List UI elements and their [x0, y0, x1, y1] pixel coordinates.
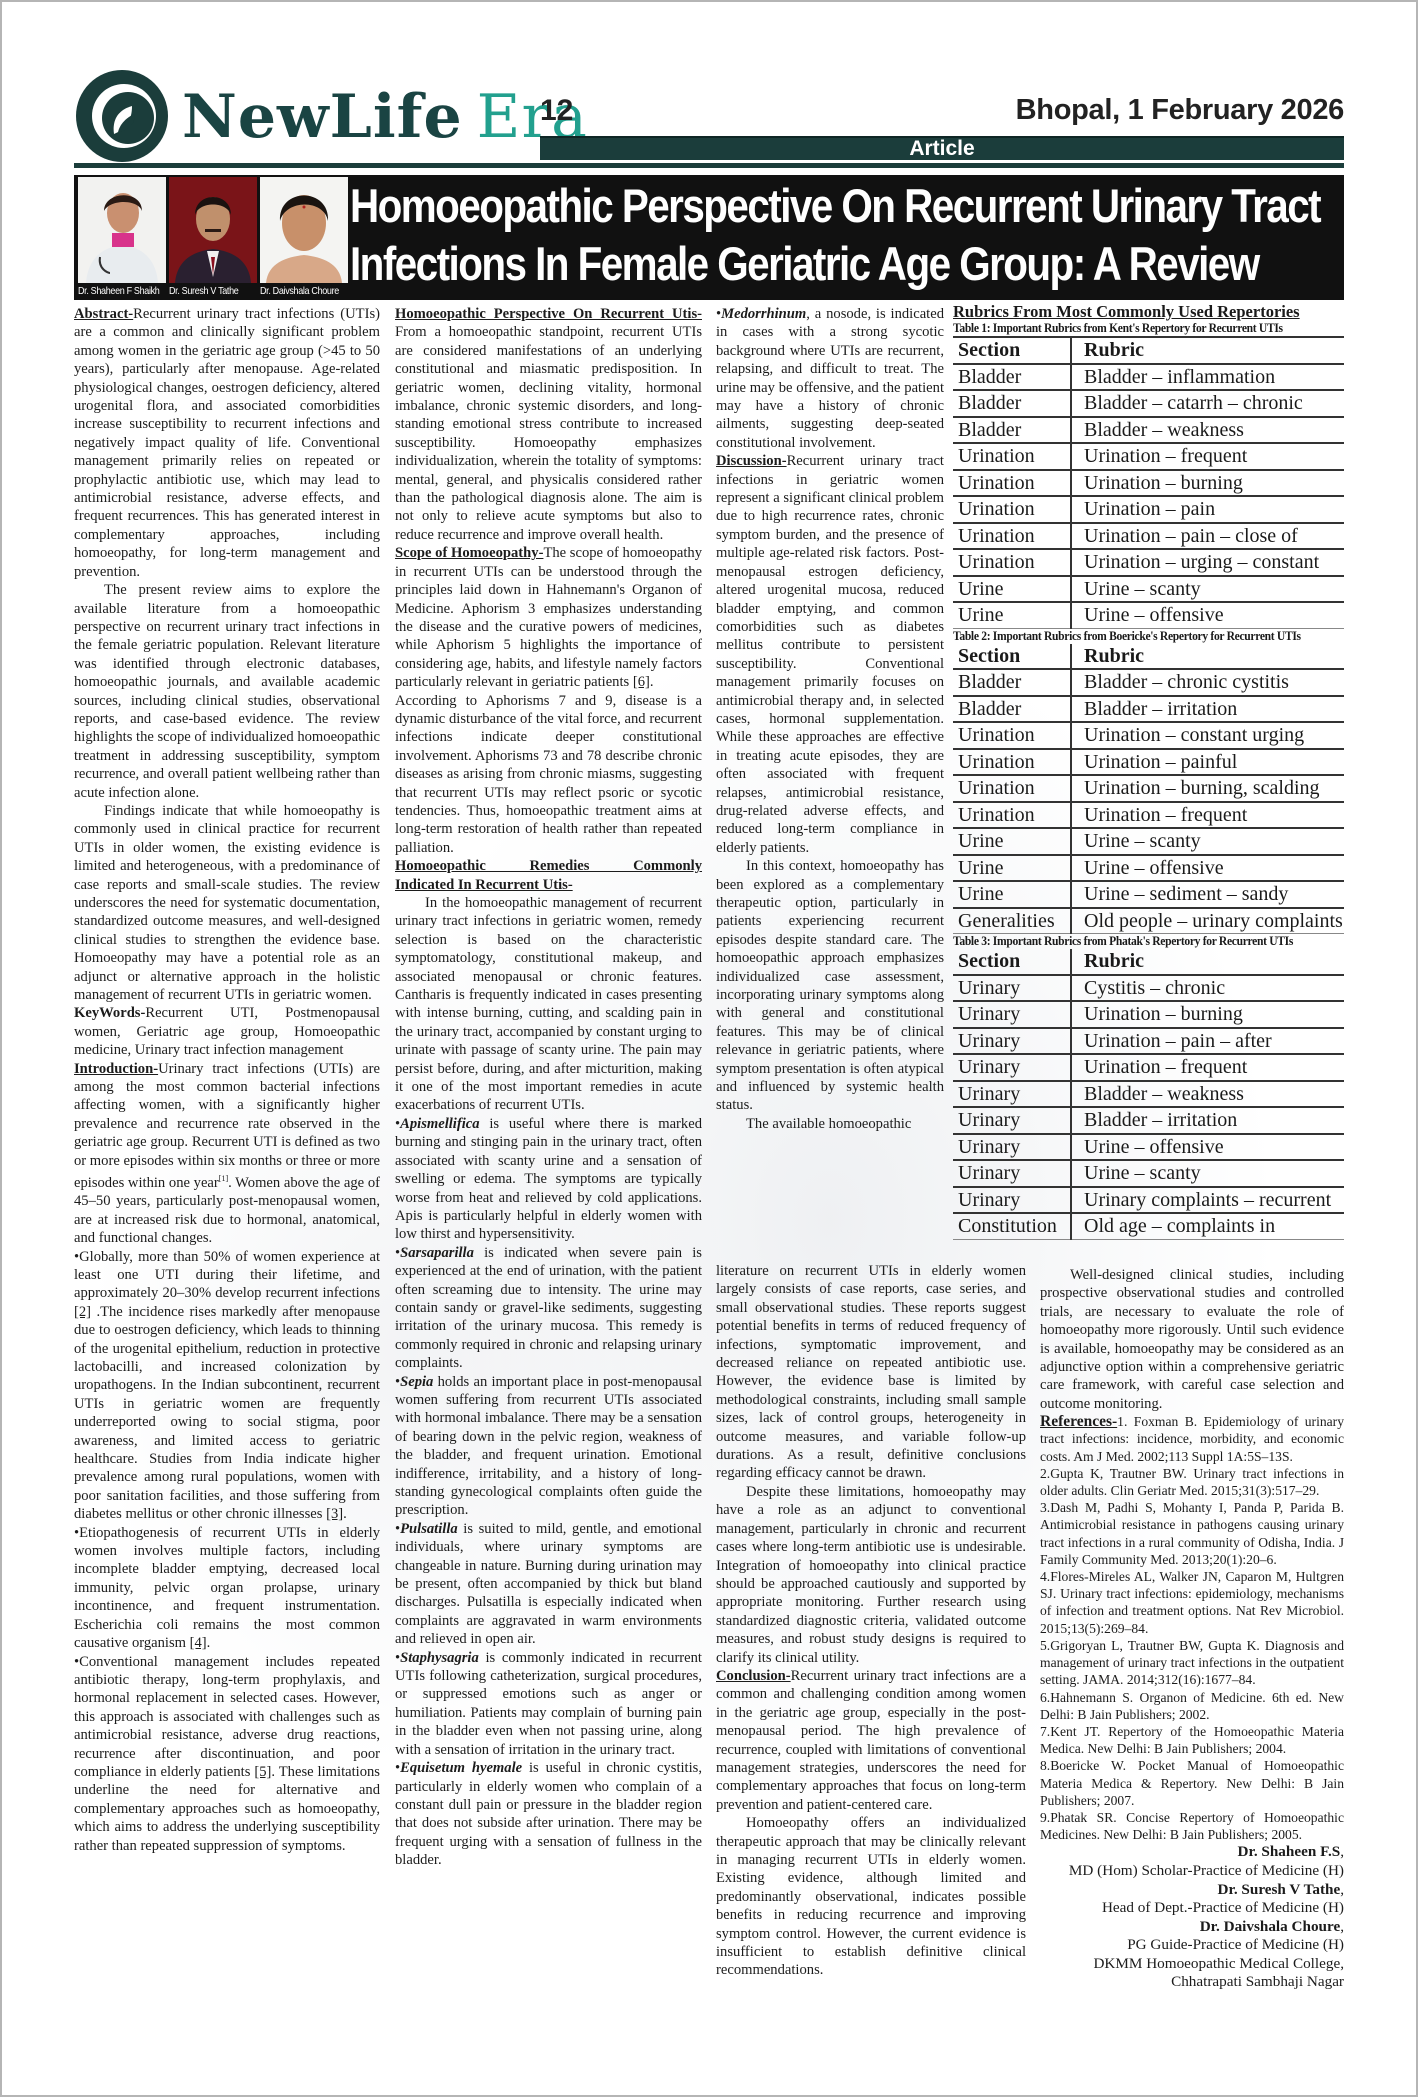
perspective-text: From a homoeopathic standpoint, recurren… — [395, 324, 702, 542]
section-cell: Urinary — [953, 1028, 1071, 1055]
section-cell: Urination — [953, 722, 1071, 749]
section-cell: Bladder — [953, 669, 1071, 696]
remedy-text: holds an important place in post-menopau… — [395, 1374, 702, 1519]
dateline: Bhopal, 1 February 2026 — [1016, 94, 1344, 127]
column-header: Rubric — [1071, 644, 1344, 670]
section-cell: Bladder — [953, 417, 1071, 444]
table-row: UrinationUrination – painful — [953, 749, 1344, 776]
introduction-heading: Introduction- — [74, 1061, 158, 1077]
rubric-cell: Urination – burning, scalding — [1071, 775, 1344, 802]
column-header: Rubric — [1071, 949, 1344, 975]
section-cell: Urine — [953, 576, 1071, 603]
table-row: UrinaryUrination – pain – after — [953, 1028, 1344, 1055]
reference-item: 3.Dash M, Padhi S, Mohanty I, Panda P, P… — [1040, 1499, 1344, 1568]
citation-1[interactable]: [1] — [219, 1174, 228, 1183]
section-cell: Urine — [953, 881, 1071, 908]
remedy-name: Equisetum hyemale — [400, 1760, 522, 1776]
rubric-cell: Urination – frequent — [1071, 802, 1344, 829]
section-cell: Generalities — [953, 908, 1071, 934]
rubric-cell: Urine – offensive — [1071, 1134, 1344, 1161]
reference-item: 6.Hahnemann S. Organon of Medicine. 6th … — [1040, 1689, 1344, 1723]
discussion-paragraph-4: Despite these limitations, homoeopathy m… — [716, 1483, 1026, 1667]
author-3: Dr. Daivshala Choure, — [1040, 1918, 1344, 1937]
rubric-cell: Urine – scanty — [1071, 1160, 1344, 1187]
citation-2[interactable]: [2] — [74, 1304, 91, 1320]
column-2: Homoeopathic Perspective On Recurrent Ut… — [395, 305, 702, 1870]
author-role: PG Guide-Practice of Medicine (H) — [1040, 1936, 1344, 1955]
section-label: Article — [540, 136, 1344, 160]
brand-logo: NewLifeEra — [182, 82, 588, 152]
remedies-heading-2: Indicated In Recurrent Utis- — [395, 876, 702, 894]
section-cell: Urination — [953, 549, 1071, 576]
author-name: Dr. Daivshala Choure — [1200, 1918, 1341, 1935]
table-2-caption: Table 2: Important Rubrics from Boericke… — [953, 629, 1313, 644]
table-row: UrinaryUrinary complaints – recurrent — [953, 1187, 1344, 1214]
rubric-cell: Urine – offensive — [1071, 602, 1344, 628]
remedies-intro: In the homoeopathic management of recurr… — [395, 894, 702, 1115]
author-photo-1 — [78, 177, 166, 283]
author-role: MD (Hom) Scholar-Practice of Medicine (H… — [1040, 1862, 1344, 1881]
reference-item: 2.Gupta K, Trautner BW. Urinary tract in… — [1040, 1465, 1344, 1499]
author-1: Dr. Shaheen F.S, — [1040, 1843, 1344, 1862]
intro-bullet-2: •Etiopathogenesis of recurrent UTIs in e… — [74, 1524, 380, 1653]
remedy-pulsatilla: •Pulsatilla is suited to mild, gentle, a… — [395, 1520, 702, 1649]
introduction-text: Urinary tract infections (UTIs) are amon… — [74, 1061, 380, 1191]
column-1: Abstract-Recurrent urinary tract infecti… — [74, 305, 380, 1855]
discussion-paragraph-3-start: The available homoeopathic — [716, 1115, 944, 1133]
section-cell: Urination — [953, 775, 1071, 802]
abstract-paragraph: Abstract-Recurrent urinary tract infecti… — [74, 305, 380, 581]
introduction-paragraph: Introduction-Urinary tract infections (U… — [74, 1060, 380, 1248]
column-header: Section — [953, 949, 1071, 975]
scope-paragraph-2: According to Aphorisms 7 and 9, disease … — [395, 692, 702, 858]
reference-item: References-1. Foxman B. Epidemiology of … — [1040, 1413, 1344, 1465]
reference-item: 7.Kent JT. Repertory of the Homoeopathic… — [1040, 1723, 1344, 1757]
section-cell: Urinary — [953, 1081, 1071, 1108]
section-cell: Urinary — [953, 1160, 1071, 1187]
rubric-cell: Urine – scanty — [1071, 828, 1344, 855]
intro-bullet-1: •Globally, more than 50% of women experi… — [74, 1248, 380, 1524]
discussion-heading: Discussion- — [716, 453, 787, 469]
perspective-heading: Homoeopathic Perspective On Recurrent Ut… — [395, 306, 702, 322]
rubric-cell: Cystitis – chronic — [1071, 975, 1344, 1002]
citation-6[interactable]: [6] — [633, 674, 650, 690]
perspective-paragraph: Homoeopathic Perspective On Recurrent Ut… — [395, 305, 702, 544]
conclusion-paragraph-3: Well-designed clinical studies, includin… — [1040, 1266, 1344, 1413]
remedies-heading: Homoeopathic Remedies Commonly — [395, 857, 702, 875]
headline-line-1: Homoeopathic Perspective On Recurrent Ur… — [350, 177, 1205, 235]
phatak-rubric-table: SectionRubric UrinaryCystitis – chronic … — [953, 949, 1344, 1240]
table-row: UrinaryUrine – offensive — [953, 1134, 1344, 1161]
bullet-text: •Etiopathogenesis of recurrent UTIs in e… — [74, 1525, 380, 1651]
author-signatures: Dr. Shaheen F.S, MD (Hom) Scholar-Practi… — [1040, 1843, 1344, 1992]
rubric-cell: Urine – offensive — [1071, 855, 1344, 882]
table-row: GeneralitiesOld people – urinary complai… — [953, 908, 1344, 934]
scope-text: The scope of homoeopathy in recurrent UT… — [395, 545, 702, 690]
conclusion-text: Recurrent urinary tract infections are a… — [716, 1668, 1026, 1813]
rubric-cell: Urination – burning — [1071, 1001, 1344, 1028]
remedy-text: is indicated when severe pain is experie… — [395, 1245, 702, 1371]
remedy-equisetum: •Equisetum hyemale is useful in chronic … — [395, 1759, 702, 1869]
table-row: UrinaryBladder – irritation — [953, 1107, 1344, 1134]
author-photo-2 — [169, 177, 257, 283]
intro-bullet-3: •Conventional management includes repeat… — [74, 1653, 380, 1855]
author-caption-3: Dr. Daivshala Choure — [260, 285, 339, 297]
page-number: 12 — [540, 94, 573, 128]
keywords: KeyWords-Recurrent UTI, Postmenopausal w… — [74, 1004, 380, 1059]
section-cell: Urinary — [953, 975, 1071, 1002]
discussion-paragraph: Discussion-Recurrent urinary tract infec… — [716, 452, 944, 857]
table-row: UrinationUrination – burning — [953, 470, 1344, 497]
column-3-lower: literature on recurrent UTIs in elderly … — [716, 1262, 1026, 1980]
table-row: UrineUrine – scanty — [953, 576, 1344, 603]
table-row: UrinationUrination – pain – close of — [953, 523, 1344, 550]
institution: DKMM Homoeopathic Medical College, — [1040, 1955, 1344, 1974]
masthead-rule — [74, 163, 1344, 168]
table-row: BladderBladder – weakness — [953, 417, 1344, 444]
rubric-cell: Urinary complaints – recurrent — [1071, 1187, 1344, 1214]
headline-banner: Dr. Shaheen F Shaikh Dr. Suresh V Tathe … — [74, 175, 1344, 300]
article-headline: Homoeopathic Perspective On Recurrent Ur… — [350, 177, 1205, 293]
author-photo-3 — [260, 177, 348, 283]
section-cell: Urinary — [953, 1107, 1071, 1134]
remedy-text: , a nosode, is indicated in cases with a… — [716, 306, 944, 451]
section-cell: Constitution — [953, 1213, 1071, 1239]
section-cell: Urinary — [953, 1134, 1071, 1161]
remedy-text: is suited to mild, gentle, and emotional… — [395, 1521, 702, 1647]
table-row: UrineUrine – offensive — [953, 855, 1344, 882]
reference-item: 5.Grigoryan L, Trautner BW, Gupta K. Dia… — [1040, 1637, 1344, 1689]
rubric-cell: Bladder – weakness — [1071, 417, 1344, 444]
scope-text-end: . — [650, 674, 654, 690]
rubrics-title: Rubrics From Most Commonly Used Repertor… — [953, 303, 1344, 321]
table-row: UrineUrine – sediment – sandy — [953, 881, 1344, 908]
remedy-name: Medorrhinum — [721, 306, 806, 322]
conclusion-paragraph-2: Homoeopathy offers an individualized the… — [716, 1814, 1026, 1980]
references: References-1. Foxman B. Epidemiology of … — [1040, 1413, 1344, 1843]
remedy-sepia: •Sepia holds an important place in post-… — [395, 1373, 702, 1520]
table-row: UrinaryUrination – frequent — [953, 1054, 1344, 1081]
column-header: Section — [953, 644, 1071, 670]
table-row: UrinaryUrine – scanty — [953, 1160, 1344, 1187]
bullet-text: •Globally, more than 50% of women experi… — [74, 1249, 380, 1302]
bullet-text: . — [343, 1506, 347, 1522]
section-cell: Urinary — [953, 1187, 1071, 1214]
section-cell: Urination — [953, 443, 1071, 470]
table-row: UrinationUrination – frequent — [953, 443, 1344, 470]
boericke-rubric-table: SectionRubric BladderBladder – chronic c… — [953, 644, 1344, 935]
section-cell: Urination — [953, 496, 1071, 523]
brand-name-newlife: NewLife — [182, 82, 463, 152]
rubric-cell: Urine – scanty — [1071, 576, 1344, 603]
author-portrait-icon — [260, 177, 348, 283]
author-name: Dr. Shaheen F.S — [1238, 1843, 1341, 1860]
keywords-heading: KeyWords- — [74, 1005, 145, 1021]
abstract-text: Recurrent urinary tract infections (UTIs… — [74, 306, 380, 580]
abstract-heading: Abstract- — [74, 306, 133, 322]
remedy-name: Sepia — [400, 1374, 433, 1390]
author-portrait-icon — [169, 177, 257, 283]
table-row: UrinaryUrination – burning — [953, 1001, 1344, 1028]
table-row: UrinationUrination – urging – constant — [953, 549, 1344, 576]
citation-3[interactable]: [3] — [326, 1506, 343, 1522]
bullet-text: •Conventional management includes repeat… — [74, 1654, 380, 1780]
rubric-cell: Urination – pain – after — [1071, 1028, 1344, 1055]
author-portrait-icon — [78, 177, 166, 283]
reference-item: 8.Boericke W. Pocket Manual of Homoeopat… — [1040, 1757, 1344, 1809]
remedy-name: Apismellifica — [400, 1116, 479, 1132]
bullet-text: .The incidence rises markedly after meno… — [74, 1304, 380, 1522]
citation-4[interactable]: [4] — [190, 1635, 207, 1651]
remedy-name: Sarsaparilla — [400, 1245, 474, 1261]
newlife-era-logo-icon — [74, 68, 170, 164]
discussion-paragraph-2: In this context, homoeopathy has been ex… — [716, 857, 944, 1115]
column-header: Section — [953, 337, 1071, 364]
citation-5[interactable]: [5] — [254, 1764, 271, 1780]
author-caption-2: Dr. Suresh V Tathe — [169, 285, 238, 297]
section-cell: Urinary — [953, 1001, 1071, 1028]
remedy-staphysagria: •Staphysagria is commonly indicated in r… — [395, 1649, 702, 1759]
author-caption-1: Dr. Shaheen F Shaikh — [78, 285, 159, 297]
abstract-paragraph-3: Findings indicate that while homoeopathy… — [74, 802, 380, 1004]
section-cell: Urination — [953, 802, 1071, 829]
rubric-cell: Urination – constant urging — [1071, 722, 1344, 749]
discussion-paragraph-3: literature on recurrent UTIs in elderly … — [716, 1262, 1026, 1483]
remedy-sarsaparilla: •Sarsaparilla is indicated when severe p… — [395, 1244, 702, 1373]
rubric-cell: Old people – urinary complaints — [1071, 908, 1344, 934]
table-row: UrinationUrination – burning, scalding — [953, 775, 1344, 802]
table-row: BladderBladder – catarrh – chronic — [953, 390, 1344, 417]
section-cell: Urine — [953, 828, 1071, 855]
section-cell: Urinary — [953, 1054, 1071, 1081]
rubric-cell: Bladder – catarrh – chronic — [1071, 390, 1344, 417]
section-cell: Urination — [953, 523, 1071, 550]
section-cell: Urine — [953, 602, 1071, 628]
rubric-cell: Urination – burning — [1071, 470, 1344, 497]
rubric-cell: Old age – complaints in — [1071, 1213, 1344, 1239]
conclusion-paragraph: Conclusion-Recurrent urinary tract infec… — [716, 1667, 1026, 1814]
rubric-cell: Urination – frequent — [1071, 1054, 1344, 1081]
institution-city: Chhatrapati Sambhaji Nagar — [1040, 1973, 1344, 1992]
section-cell: Urination — [953, 749, 1071, 776]
section-cell: Urine — [953, 855, 1071, 882]
scope-paragraph: Scope of Homoeopathy-The scope of homoeo… — [395, 544, 702, 691]
rubric-tables: Rubrics From Most Commonly Used Repertor… — [953, 303, 1344, 1240]
section-cell: Urination — [953, 470, 1071, 497]
discussion-text: Recurrent urinary tract infections in ge… — [716, 453, 944, 856]
rubric-cell: Bladder – inflammation — [1071, 364, 1344, 391]
headline-line-2: Infections In Female Geriatric Age Group… — [350, 235, 1205, 293]
rubric-cell: Bladder – irritation — [1071, 1107, 1344, 1134]
column-header: Rubric — [1071, 337, 1344, 364]
remedy-apis: •Apismellifica is useful where there is … — [395, 1115, 702, 1244]
scope-heading: Scope of Homoeopathy- — [395, 545, 543, 561]
table-row: BladderBladder – chronic cystitis — [953, 669, 1344, 696]
column-4-lower: Well-designed clinical studies, includin… — [1040, 1266, 1344, 1992]
conclusion-heading: Conclusion- — [716, 1668, 791, 1684]
author-role: Head of Dept.-Practice of Medicine (H) — [1040, 1899, 1344, 1918]
rubric-cell: Urination – frequent — [1071, 443, 1344, 470]
rubric-cell: Urine – sediment – sandy — [1071, 881, 1344, 908]
remedy-medorrhinum: •Medorrhinum, a nosode, is indicated in … — [716, 305, 944, 452]
table-row: UrinationUrination – frequent — [953, 802, 1344, 829]
kent-rubric-table: SectionRubric BladderBladder – inflammat… — [953, 336, 1344, 629]
section-cell: Bladder — [953, 364, 1071, 391]
rubric-cell: Bladder – irritation — [1071, 696, 1344, 723]
table-row: UrineUrine – offensive — [953, 602, 1344, 628]
remedy-name: Staphysagria — [400, 1650, 479, 1666]
table-row: UrinationUrination – constant urging — [953, 722, 1344, 749]
table-row: ConstitutionOld age – complaints in — [953, 1213, 1344, 1239]
rubric-cell: Bladder – weakness — [1071, 1081, 1344, 1108]
reference-item: 9.Phatak SR. Concise Repertory of Homoeo… — [1040, 1809, 1344, 1843]
rubric-cell: Bladder – chronic cystitis — [1071, 669, 1344, 696]
remedy-text: is useful where there is marked burning … — [395, 1116, 702, 1242]
author-name: Dr. Suresh V Tathe — [1218, 1881, 1341, 1898]
table-row: UrineUrine – scanty — [953, 828, 1344, 855]
reference-item: 4.Flores-Mireles AL, Walker JN, Caparon … — [1040, 1568, 1344, 1637]
remedy-text: is useful in chronic cystitis, particula… — [395, 1760, 702, 1868]
remedy-name: Pulsatilla — [400, 1521, 458, 1537]
section-cell: Bladder — [953, 696, 1071, 723]
author-2: Dr. Suresh V Tathe, — [1040, 1881, 1344, 1900]
section-cell: Bladder — [953, 390, 1071, 417]
abstract-paragraph-2: The present review aims to explore the a… — [74, 581, 380, 802]
table-row: BladderBladder – inflammation — [953, 364, 1344, 391]
table-row: UrinationUrination – pain — [953, 496, 1344, 523]
references-heading: References- — [1040, 1413, 1117, 1430]
rubric-cell: Urination – pain — [1071, 496, 1344, 523]
bullet-text: . — [207, 1635, 211, 1651]
table-row: UrinaryCystitis – chronic — [953, 975, 1344, 1002]
rubric-cell: Urination – pain – close of — [1071, 523, 1344, 550]
table-row: UrinaryBladder – weakness — [953, 1081, 1344, 1108]
table-3-caption: Table 3: Important Rubrics from Phatak's… — [953, 934, 1313, 949]
table-1-caption: Table 1: Important Rubrics from Kent's R… — [953, 321, 1313, 336]
rubric-cell: Urination – urging – constant — [1071, 549, 1344, 576]
table-row: BladderBladder – irritation — [953, 696, 1344, 723]
masthead: NewLifeEra 12 Bhopal, 1 February 2026 Ar… — [74, 68, 1344, 168]
column-3: •Medorrhinum, a nosode, is indicated in … — [716, 305, 944, 1133]
rubric-cell: Urination – painful — [1071, 749, 1344, 776]
